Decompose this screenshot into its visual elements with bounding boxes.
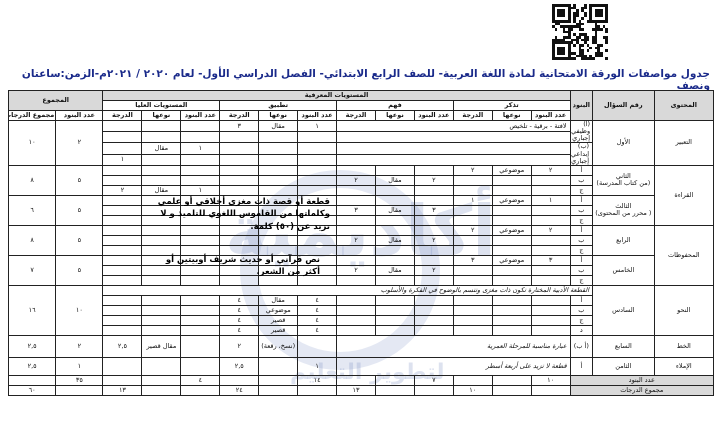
h-type: نوعها [142,111,181,121]
header-recall: تذكر [453,101,570,111]
header-total: المجموع [9,91,103,111]
h-count: عدد البنود [181,111,220,121]
h-score: الدرجة [220,111,259,121]
header-items: البنود [570,91,593,121]
score-total-row: مجموع الدرجات ١٠ ١٣ ٢٤ ١٣ ٦٠ [9,385,714,395]
header-application: تطبيق [220,101,337,111]
passage-note: قطعة أو قصة ذات مغزى أخلاقي أو علمي وكلم… [150,196,330,233]
header-content: المحتوى [654,91,713,121]
h-type: نوعها [375,111,414,121]
h-total-score: مجموع الدرجات [9,111,56,121]
items-count-row: عدد البنود ١٠ ٧ ١٤ ٤ ٣٥ [9,375,714,385]
table-row: التعبير الأول (أ) وظيفي إجباري لافتة - ب… [9,121,714,132]
table-row: الثالث( محرر من المحتوى) أ ١ موضوعي ١ ٥ … [9,195,714,205]
header-higher: المستويات العليا [103,101,220,111]
table-row: القراءة الثاني(من كتاب المدرسة) أ ٢ موضو… [9,165,714,175]
table-row: النحو السادس القطعة الأدبية المختارة تكو… [9,285,714,295]
h-type: نوعها [492,111,531,121]
h-score: الدرجة [103,111,142,121]
table-row: المحفوظات الرابع أ ٢ موضوعي ٢ ٥ ٨ [9,225,714,235]
header-understanding: فهم [337,101,454,111]
qr-code [552,4,608,60]
h-total-count: عدد البنود [56,111,103,121]
table-row: الخامس أ ٣ موضوعي ٣ ٥ ٧ [9,255,714,265]
h-count: عدد البنود [414,111,453,121]
table-row: الخط السابع (أ ب) عبارة مناسبة للمرحلة ا… [9,335,714,357]
h-score: الدرجة [337,111,376,121]
table-row: الإملاء الثامن أ قطعة لا تزيد على أربعة … [9,357,714,375]
h-count: عدد البنود [298,111,337,121]
h-count: عدد البنود [531,111,570,121]
h-type: نوعها [259,111,298,121]
header-knowledge-levels: المستويات المعرفية [103,91,570,101]
specification-table: المحتوى رقم السؤال البنود المستويات المع… [8,90,714,396]
poetry-note: نص قرآني أو حديث شريف أوبيتين أو أكثر من… [160,254,320,279]
header-question-no: رقم السؤال [593,91,654,121]
document-title: جدول مواصفات الورقة الامتحانية لمادة الل… [20,68,710,92]
h-score: الدرجة [453,111,492,121]
